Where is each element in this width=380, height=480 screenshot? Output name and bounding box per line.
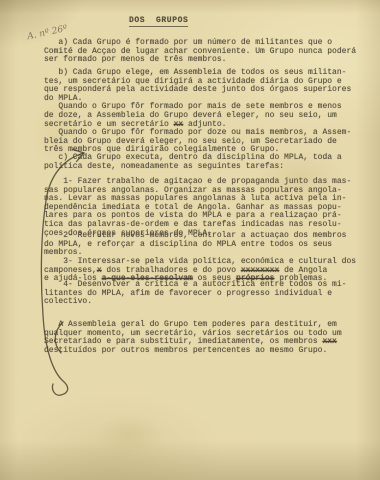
para-final: A Assembleia geral do Grupo tem poderes … [44,321,342,355]
typed-line: do MPLA, e reforçar a disciplina do MPLA… [44,241,346,250]
task-2: 2- Recrutar novos membros, controlar a a… [44,232,346,258]
para-c: c) Cada Grupo executa, dentro da discipl… [44,154,342,171]
typed-line: que responderá pela actividade deste jun… [44,86,351,95]
para-b: b) Cada Grupo elege, em Assembleia de to… [44,69,351,155]
typed-line: ser formado por menos de três membros. [44,56,356,65]
task-1: 1- Fazer trabalho de agitaçao e de propa… [44,178,351,238]
task-4: 4- Desenvolver a crítica e a autocrítica… [44,281,346,307]
typewritten-text-block: a) Cada Grupo é formado por um número de… [0,0,380,480]
typed-line: destituídos por outros membros pertencen… [44,347,342,356]
para-a: a) Cada Grupo é formado por um número de… [44,39,356,65]
scanned-document-page: A. nº 26º DOS GRUPOS a) Cada Grupo é for… [0,0,380,480]
typed-line: colectivo. [44,298,346,307]
typed-line: política deste, nomeadamente as seguinte… [44,163,342,172]
